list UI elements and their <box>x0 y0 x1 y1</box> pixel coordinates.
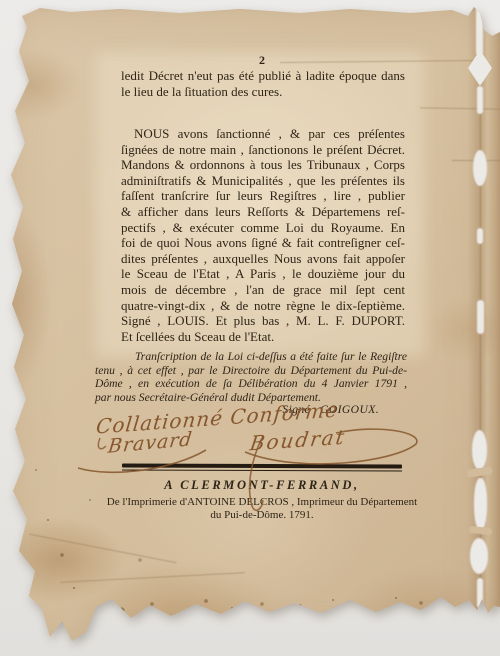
tear-hole <box>474 478 487 530</box>
photo-backdrop: 2 ledit Décret n'eut pas été publié à la… <box>0 0 500 656</box>
tear-hole <box>477 300 484 334</box>
tear-hole <box>477 86 483 114</box>
document-page: 2 ledit Décret n'eut pas été publié à la… <box>0 0 500 656</box>
signature-flourish <box>0 0 500 656</box>
tear-hole <box>476 2 483 56</box>
tear-hole <box>472 430 487 470</box>
tear-hole <box>477 228 483 244</box>
tear-hole <box>477 578 483 608</box>
tear-hole <box>470 538 488 574</box>
tear-hole <box>473 150 487 186</box>
